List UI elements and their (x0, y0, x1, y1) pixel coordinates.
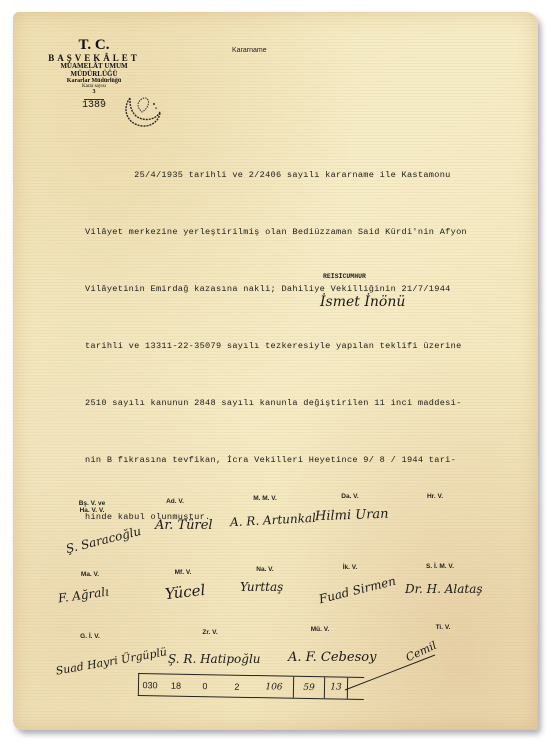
registry-cell: 106 (255, 682, 293, 693)
minister-label: Zr. V. (195, 629, 225, 636)
minister-signature: Yurttaş (240, 580, 283, 594)
registry-cell: 18 (161, 680, 191, 691)
minister-label: Na. V. (250, 566, 280, 573)
minister-label: M. M. V. (245, 495, 285, 502)
letterhead-tc: T. C. (40, 38, 148, 54)
minister-signature: Hilmi Uran (315, 507, 389, 525)
body-line: nin B fıkrasına tevfikan, İcra Vekilleri… (85, 451, 467, 470)
minister-label: Da. V. (335, 493, 365, 500)
body-line: Vilâyetinin Emirdağ kazasına nakli; Dahi… (85, 280, 467, 299)
decree-body: 25/4/1935 tarihli ve 2/2406 sayılı karar… (85, 128, 467, 546)
document-type: Kararname (232, 47, 267, 54)
minister-label: Mf. V. (168, 569, 198, 576)
minister-label: Ma. V. (75, 571, 105, 578)
registry-number-box: 030 18 0 2 106 59 13 (138, 673, 364, 700)
minister-label: G. İ. V. (75, 633, 105, 640)
body-line: Vilâyet merkezine yerleştirilmiş olan Be… (85, 223, 467, 242)
minister-label: Hr. V. (420, 493, 450, 500)
minister-label: İk. V. (335, 564, 365, 571)
president-signature: İsmet İnönü (320, 294, 405, 310)
minister-label: Ti. V. (428, 624, 458, 631)
registry-cell: 0 (191, 680, 219, 690)
president-title: REİSİCUMHUR (323, 273, 366, 280)
minister-signature: Ş. R. Hatipoğlu (168, 652, 261, 666)
minister-label: Mü. V. (305, 626, 335, 633)
registry-cell: 59 (294, 682, 324, 693)
body-line: tarihli ve 13311-22-35079 sayılı tezkere… (85, 337, 467, 356)
registry-cell: 13 (325, 677, 348, 698)
minister-label: Ad. V. (160, 498, 190, 505)
registry-cell: 2 (219, 681, 255, 692)
letterhead-muamelat: MUAMELÂT UMUM MÜDÜRLÜĞÜ (40, 63, 148, 78)
crescent-star-stamp-icon (120, 90, 164, 130)
minister-signature: Ar. Türel (155, 518, 213, 533)
minister-label: Bş. V. ve Ha. V. V. (72, 500, 112, 514)
registry-cell: 030 (139, 680, 161, 690)
body-line: 25/4/1935 tarihli ve 2/2406 sayılı karar… (85, 166, 467, 185)
minister-signature: Dr. H. Alataş (405, 582, 483, 596)
body-line: 2510 sayılı kanunun 2848 sayılı kanunla … (85, 394, 467, 413)
minister-label: S. İ. M. V. (420, 563, 460, 570)
